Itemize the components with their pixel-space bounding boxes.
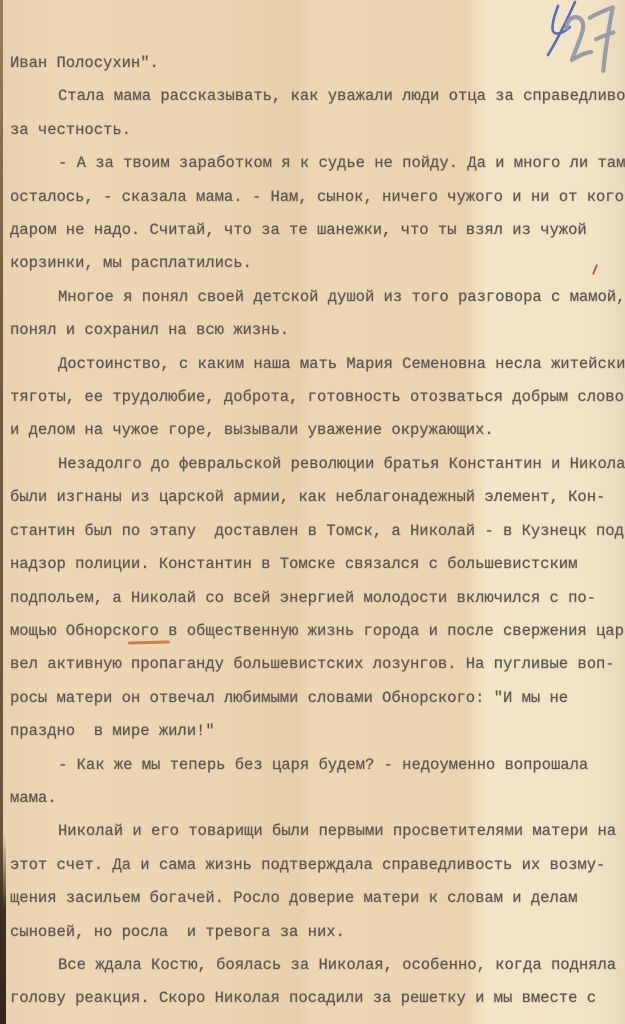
handwritten-marks [520, 0, 625, 85]
text-line: росы матери он отвечал любимыми словами … [10, 682, 625, 715]
text-line: Стала мама рассказывать, как уважали люд… [10, 80, 625, 113]
text-line: - А за твоим заработком я к судье не пой… [10, 147, 625, 180]
text-line: вел активную пропаганду большевистских л… [10, 648, 625, 681]
text-line: Достоинство, с каким наша мать Мария Сем… [10, 348, 625, 381]
text-line: праздно в мире жили!" [10, 715, 625, 748]
text-line: были изгнаны из царской армии, как небла… [10, 481, 625, 514]
text-line: тяготы, ее трудолюбие, доброта, готовнос… [10, 381, 625, 414]
text-line: щения засильем богачей. Росло доверие ма… [10, 882, 625, 915]
text-line: мощью Обнорского в общественную жизнь го… [10, 615, 625, 648]
text-line: голову реакция. Скоро Николая посадили з… [10, 982, 625, 1015]
text-line: Многое я понял своей детской душой из то… [10, 281, 625, 314]
text-line: Все ждала Костю, боялась за Николая, осо… [10, 949, 625, 982]
text-line: за честность. [10, 114, 625, 147]
text-line: этот счет. Да и сама жизнь подтверждала … [10, 849, 625, 882]
text-line: мама. [10, 782, 625, 815]
scan-left-edge-shadow [0, 834, 6, 1024]
text-line: - Как же мы теперь без царя будем? - нед… [10, 749, 625, 782]
text-line: надзор полиции. Константин в Томске связ… [10, 548, 625, 581]
typewritten-text: Иван Полосухин".Стала мама рассказывать,… [10, 47, 625, 1016]
text-line: сыновей, но росла и тревога за них. [10, 916, 625, 949]
text-line: осталось, - сказала мама. - Нам, сынок, … [10, 181, 625, 214]
text-line: подпольем, а Николай со всей энергией мо… [10, 582, 625, 615]
text-line: корзинки, мы расплатились. [10, 247, 625, 280]
text-line: понял и сохранил на всю жизнь. [10, 314, 625, 347]
handwritten-blue-four [548, 2, 575, 55]
text-line: Незадолго до февральской революции брать… [10, 448, 625, 481]
scanned-typewritten-page: { "page": { "handwritten_blue_mark": "4"… [0, 0, 625, 1024]
text-line: Николай и его товарищи были первыми прос… [10, 815, 625, 848]
text-line: даром не надо. Считай, что за те шанежки… [10, 214, 625, 247]
handwritten-pencil-27 [565, 7, 619, 74]
text-line: и делом на чужое горе, вызывали уважение… [10, 414, 625, 447]
text-line: стантин был по этапу доставлен в Томск, … [10, 515, 625, 548]
